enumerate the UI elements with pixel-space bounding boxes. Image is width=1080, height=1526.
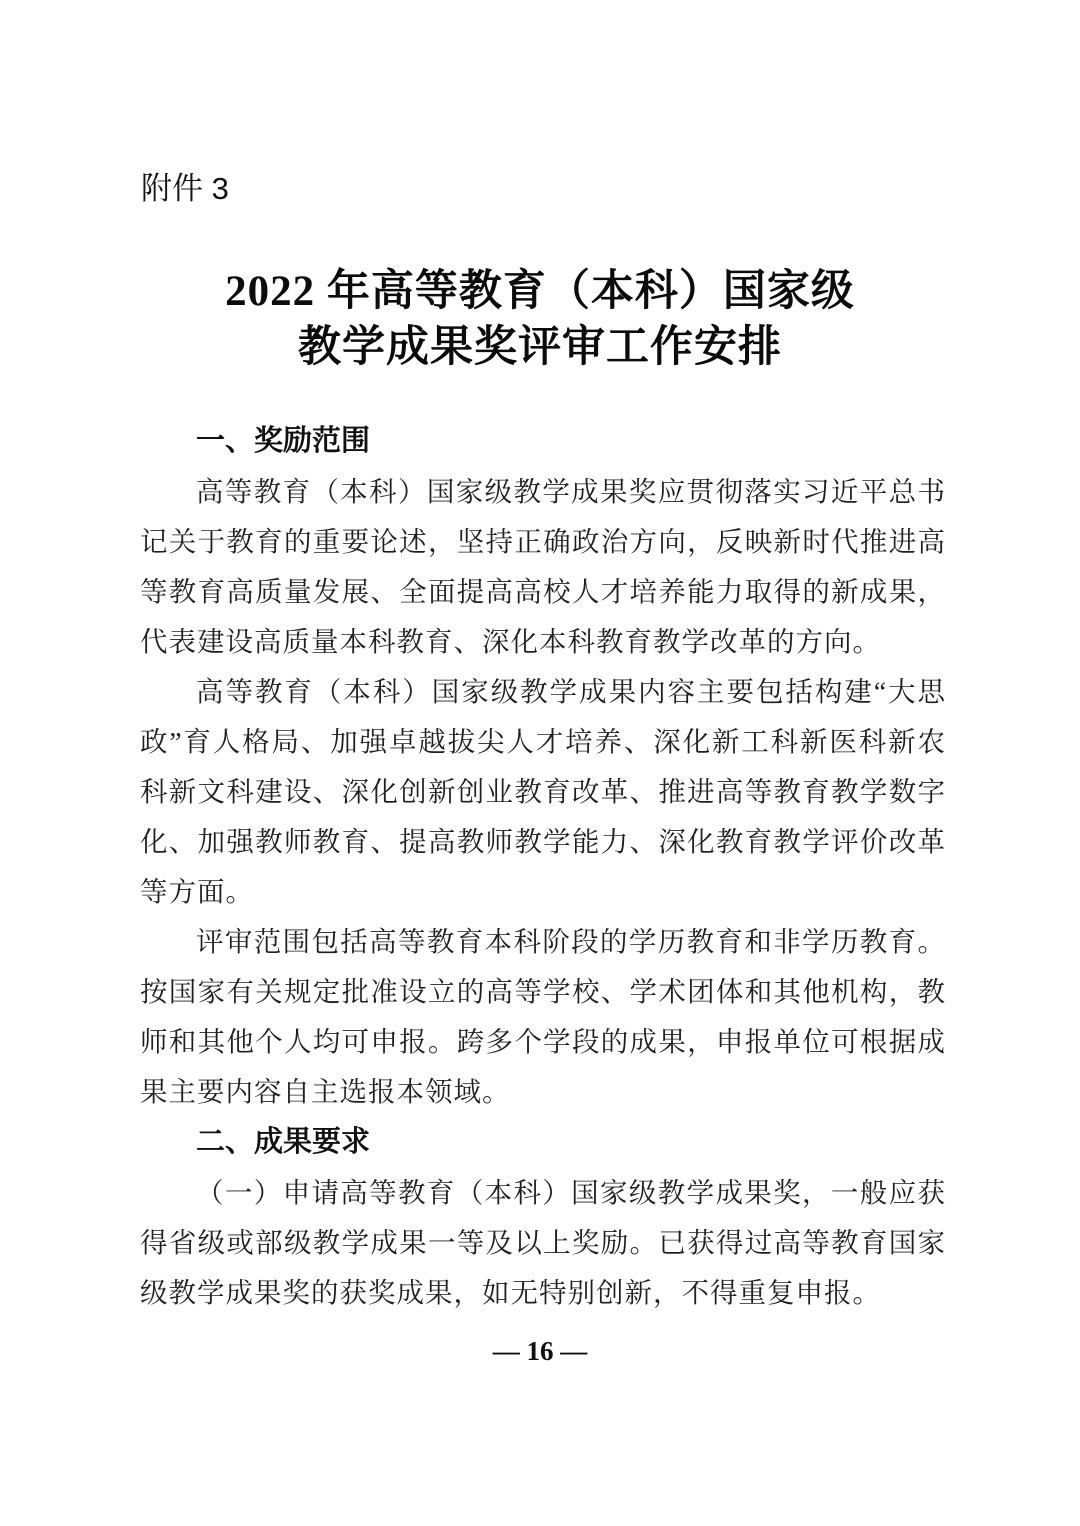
section-heading: 一、奖励范围	[140, 416, 946, 467]
document-title-line-1: 2022 年高等教育（本科）国家级	[0, 264, 1080, 320]
text-line: 得省级或部级教学成果一等及以上奖励。已获得过高等教育国家	[140, 1218, 946, 1268]
text-line: 等方面。	[140, 867, 946, 917]
text-line: 高等教育（本科）国家级教学成果内容主要包括构建“大思	[140, 667, 946, 717]
text-line: 按国家有关规定批准设立的高等学校、学术团体和其他机构，教	[140, 967, 946, 1017]
text-line: 科新文科建设、深化创新创业教育改革、推进高等教育教学数字	[140, 767, 946, 817]
page-number: — 16 —	[0, 1334, 1080, 1368]
attachment-label: 附件 3	[141, 0, 1080, 210]
text-line: 高等教育（本科）国家级教学成果奖应贯彻落实习近平总书	[140, 467, 946, 517]
text-line: 评审范围包括高等教育本科阶段的学历教育和非学历教育。	[140, 917, 946, 967]
body-paragraph: 评审范围包括高等教育本科阶段的学历教育和非学历教育。按国家有关规定批准设立的高等…	[140, 917, 946, 1117]
text-line: 师和其他个人均可申报。跨多个学段的成果，申报单位可根据成	[140, 1017, 946, 1067]
text-line: 等教育高质量发展、全面提高高校人才培养能力取得的新成果，	[140, 567, 946, 617]
text-line: 政”育人格局、加强卓越拔尖人才培养、深化新工科新医科新农	[140, 717, 946, 767]
body-paragraph: 高等教育（本科）国家级教学成果内容主要包括构建“大思政”育人格局、加强卓越拔尖人…	[140, 667, 946, 917]
text-line: 化、加强教师教育、提高教师教学能力、深化教育教学评价改革	[140, 817, 946, 867]
document-page: 附件 3 2022 年高等教育（本科）国家级 教学成果奖评审工作安排 一、奖励范…	[0, 0, 1080, 1526]
body-paragraph: 高等教育（本科）国家级教学成果奖应贯彻落实习近平总书记关于教育的重要论述，坚持正…	[140, 467, 946, 667]
section-heading: 二、成果要求	[140, 1117, 946, 1168]
document-title: 2022 年高等教育（本科）国家级 教学成果奖评审工作安排	[0, 264, 1080, 376]
text-line: 级教学成果奖的获奖成果，如无特别创新，不得重复申报。	[140, 1268, 946, 1318]
text-line: （一）申请高等教育（本科）国家级教学成果奖，一般应获	[140, 1168, 946, 1218]
text-line: 代表建设高质量本科教育、深化本科教育教学改革的方向。	[140, 617, 946, 667]
document-body: 一、奖励范围高等教育（本科）国家级教学成果奖应贯彻落实习近平总书记关于教育的重要…	[140, 416, 946, 1318]
text-line: 记关于教育的重要论述，坚持正确政治方向，反映新时代推进高	[140, 517, 946, 567]
body-paragraph: （一）申请高等教育（本科）国家级教学成果奖，一般应获得省级或部级教学成果一等及以…	[140, 1168, 946, 1318]
document-title-line-2: 教学成果奖评审工作安排	[0, 320, 1080, 376]
text-line: 果主要内容自主选报本领域。	[140, 1067, 946, 1117]
